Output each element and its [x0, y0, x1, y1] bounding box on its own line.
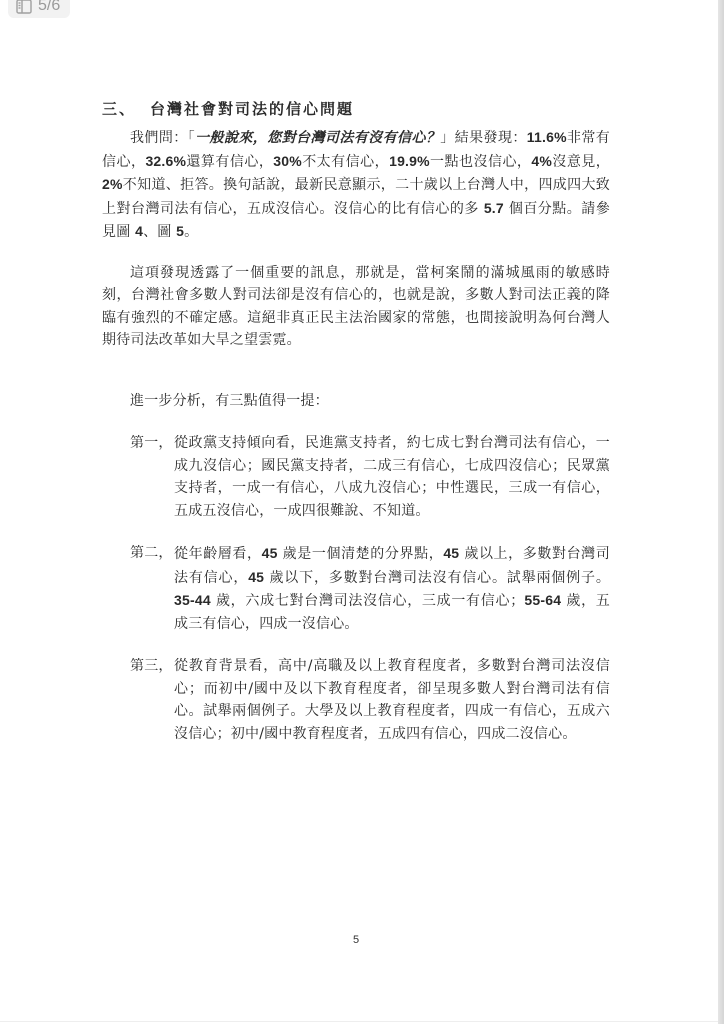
page-bottom-border	[0, 1021, 718, 1022]
figure-ref: 5	[176, 223, 184, 239]
stat-value: 32.6%	[145, 153, 186, 169]
text: 不太有信心，	[302, 154, 389, 170]
age-range: 35-44	[174, 592, 211, 608]
text: 沒意見，	[552, 154, 610, 170]
point-text: 從政黨支持傾向看，民進黨支持者，約七成七對台灣司法有信心，一成九沒信心；國民黨支…	[174, 432, 610, 522]
text: 我們問：「	[130, 130, 195, 146]
page-indicator-text: 5/6	[38, 0, 60, 15]
point-text: 從教育背景看，高中/高職及以上教育程度者，多數對台灣司法沒信心；而初中/國中及以…	[174, 655, 610, 745]
stat-value: 19.9%	[389, 153, 430, 169]
text: 從年齡層看，	[174, 546, 262, 562]
page-indicator[interactable]: 5/6	[8, 0, 70, 18]
point-label: 第三，	[130, 655, 174, 745]
analysis-point-2: 第二， 從年齡層看，45 歲是一個清楚的分界點，45 歲以上，多數對台灣司法有信…	[130, 542, 610, 635]
document-page: 三、台灣社會對司法的信心問題 我們問：「一般說來，您對台灣司法有沒有信心？」結果…	[102, 98, 610, 765]
scrollbar-track[interactable]	[718, 0, 724, 1024]
section-number: 三、	[102, 100, 136, 118]
point-text: 從年齡層看，45 歲是一個清楚的分界點，45 歲以上，多數對台灣司法有信心，45…	[174, 542, 610, 635]
page-number: 5	[0, 934, 712, 946]
figure-ref: 4	[135, 223, 143, 239]
point-label: 第一，	[130, 432, 174, 522]
stat-value: 2%	[102, 176, 123, 192]
text: 。	[184, 224, 198, 240]
text: 歲，六成七對台灣司法沒信心，三成一有信心；	[211, 593, 525, 609]
age-range: 55-64	[524, 592, 561, 608]
stat-value: 11.6%	[527, 129, 567, 145]
text: 還算有信心，	[186, 154, 273, 170]
age-value: 45	[248, 569, 264, 585]
text: 歲是一個清楚的分界點，	[278, 546, 444, 562]
analysis-intro: 進一步分析，有三點值得一提：	[130, 390, 610, 413]
point-label: 第二，	[130, 542, 174, 635]
section-heading: 三、台灣社會對司法的信心問題	[102, 98, 610, 120]
analysis-point-3: 第三， 從教育背景看，高中/高職及以上教育程度者，多數對台灣司法沒信心；而初中/…	[130, 655, 610, 745]
text: 歲以下，多數對台灣司法沒有信心。試舉兩個例子。	[264, 570, 610, 586]
stat-value: 5.7	[484, 200, 504, 216]
book-icon	[16, 0, 32, 14]
age-value: 45	[443, 545, 459, 561]
text: 」結果發現：	[440, 130, 527, 146]
stat-value: 30%	[273, 153, 302, 169]
section-title: 台灣社會對司法的信心問題	[150, 100, 354, 118]
age-value: 45	[262, 545, 278, 561]
paragraph-survey-results: 我們問：「一般說來，您對台灣司法有沒有信心？」結果發現：11.6%非常有信心，3…	[102, 126, 610, 244]
analysis-point-1: 第一， 從政黨支持傾向看，民進黨支持者，約七成七對台灣司法有信心，一成九沒信心；…	[130, 432, 610, 522]
text: 一點也沒信心，	[430, 154, 532, 170]
paragraph-interpretation: 這項發現透露了一個重要的訊息，那就是，當柯案鬧的滿城風雨的敏感時刻，台灣社會多數…	[102, 262, 610, 352]
stat-value: 4%	[531, 153, 552, 169]
text: 、圖	[143, 224, 176, 240]
survey-question: 一般說來，您對台灣司法有沒有信心？	[195, 130, 440, 146]
